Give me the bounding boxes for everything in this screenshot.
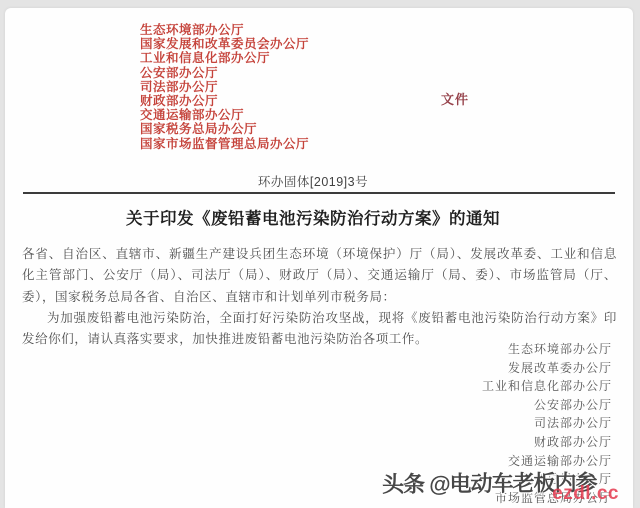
doc-number: 环办固体[2019]3号 <box>5 172 621 190</box>
official-document-page: 生态环境部办公厅国家发展和改革委员会办公厅工业和信息化部办公厅公安部办公厅司法部… <box>5 8 633 508</box>
signatory-item: 工业和信息化部办公厅 <box>482 377 612 396</box>
issuing-departments-list: 生态环境部办公厅国家发展和改革委员会办公厅工业和信息化部办公厅公安部办公厅司法部… <box>140 23 309 151</box>
doc-body: 各省、自治区、直辖市、新疆生产建设兵团生态环境（环境保护）厅（局）、发展改革委、… <box>22 244 617 350</box>
issuing-department-item: 工业和信息化部办公厅 <box>140 51 309 65</box>
signatory-item: 税务总局办公厅 <box>482 470 612 489</box>
signatory-item: 市场监管总局办公厅 <box>482 489 612 508</box>
issuing-department-item: 司法部办公厅 <box>140 80 309 94</box>
issuing-department-item: 国家市场监督管理总局办公厅 <box>140 137 309 151</box>
issuing-department-item: 交通运输部办公厅 <box>140 108 309 122</box>
signatories-list: 生态环境部办公厅发展改革委办公厅工业和信息化部办公厅公安部办公厅司法部办公厅财政… <box>482 340 612 507</box>
issuing-department-item: 国家税务总局办公厅 <box>140 122 309 136</box>
doc-title: 关于印发《废铅蓄电池污染防治行动方案》的通知 <box>5 205 621 229</box>
signatory-item: 生态环境部办公厅 <box>482 340 612 359</box>
signatory-item: 交通运输部办公厅 <box>482 452 612 471</box>
recipients-paragraph: 各省、自治区、直辖市、新疆生产建设兵团生态环境（环境保护）厅（局）、发展改革委、… <box>22 244 617 308</box>
signatory-item: 财政部办公厅 <box>482 433 612 452</box>
issuing-department-item: 生态环境部办公厅 <box>140 23 309 37</box>
doc-type-label: 文件 <box>441 89 469 108</box>
issuing-department-item: 财政部办公厅 <box>140 94 309 108</box>
issuing-department-item: 公安部办公厅 <box>140 66 309 80</box>
issuing-department-item: 国家发展和改革委员会办公厅 <box>140 37 309 51</box>
signatory-item: 司法部办公厅 <box>482 414 612 433</box>
signatory-item: 发展改革委办公厅 <box>482 359 612 378</box>
signatory-item: 公安部办公厅 <box>482 396 612 415</box>
header-divider-line <box>23 192 615 194</box>
